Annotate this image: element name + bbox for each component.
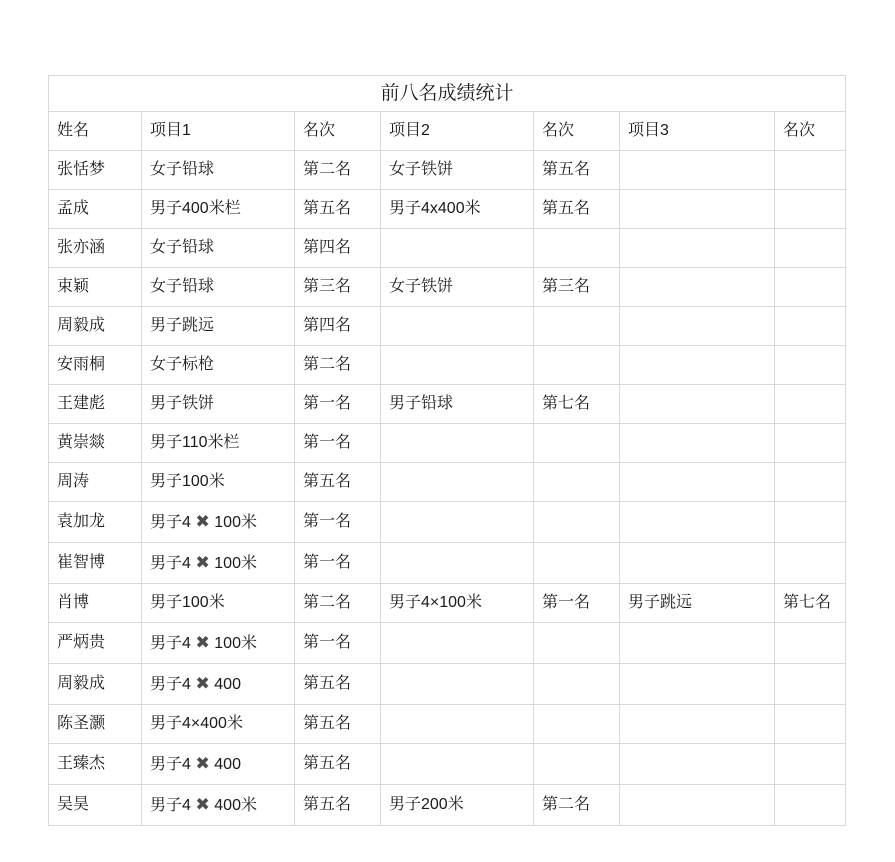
cell-name: 王臻杰: [49, 744, 142, 785]
cell-event2: 男子4x400米: [381, 190, 534, 229]
cell-event2: [381, 307, 534, 346]
cell-name: 严炳贵: [49, 623, 142, 664]
cell-rank2: [534, 705, 620, 744]
header-cell-rank1: 名次: [295, 112, 381, 151]
cell-rank2: [534, 346, 620, 385]
cell-event2: [381, 463, 534, 502]
cell-rank2: [534, 744, 620, 785]
cell-event3: [620, 424, 775, 463]
header-cell-event1: 项目1: [142, 112, 295, 151]
table-row: 安雨桐女子标枪第二名: [49, 346, 846, 385]
cell-event3: [620, 623, 775, 664]
cell-rank2: 第二名: [534, 785, 620, 826]
results-table: 前八名成绩统计 姓名项目1名次项目2名次项目3名次 张恬梦女子铅球第二名女子铁饼…: [48, 75, 846, 826]
header-cell-event2: 项目2: [381, 112, 534, 151]
cell-rank3: [775, 229, 846, 268]
cell-event1: 男子跳远: [142, 307, 295, 346]
table-row: 张亦涵女子铅球第四名: [49, 229, 846, 268]
cell-event1: 男子4 ✖ 400: [142, 664, 295, 705]
table-row: 周涛男子100米第五名: [49, 463, 846, 502]
heavy-multiplication-x-glyph: ✖: [195, 511, 209, 531]
table-row: 崔智博男子4 ✖ 100米第一名: [49, 543, 846, 584]
cell-rank3: [775, 346, 846, 385]
table-row: 陈圣灏男子4×400米第五名: [49, 705, 846, 744]
cell-name: 肖博: [49, 584, 142, 623]
cell-name: 张亦涵: [49, 229, 142, 268]
header-cell-rank2: 名次: [534, 112, 620, 151]
cell-event2: 男子4×100米: [381, 584, 534, 623]
cell-rank3: [775, 151, 846, 190]
cell-name: 黄崇燚: [49, 424, 142, 463]
table-row: 孟成男子400米栏第五名男子4x400米第五名: [49, 190, 846, 229]
cell-rank3: [775, 502, 846, 543]
cell-rank1: 第一名: [295, 424, 381, 463]
cell-event1: 男子4 ✖ 400: [142, 744, 295, 785]
cell-rank3: [775, 785, 846, 826]
header-cell-event3: 项目3: [620, 112, 775, 151]
cell-name: 周毅成: [49, 307, 142, 346]
cell-name: 吴昊: [49, 785, 142, 826]
cell-rank2: 第一名: [534, 584, 620, 623]
title-row: 前八名成绩统计: [49, 76, 846, 112]
cell-event2: [381, 346, 534, 385]
heavy-multiplication-x-glyph: ✖: [195, 632, 209, 652]
cell-name: 孟成: [49, 190, 142, 229]
cell-event1: 男子400米栏: [142, 190, 295, 229]
cell-event1: 男子100米: [142, 584, 295, 623]
header-cell-name: 姓名: [49, 112, 142, 151]
table-row: 黄崇燚男子110米栏第一名: [49, 424, 846, 463]
cell-event2: [381, 744, 534, 785]
cell-event3: [620, 268, 775, 307]
cell-rank2: [534, 424, 620, 463]
table-row: 周毅成男子跳远第四名: [49, 307, 846, 346]
cell-event3: [620, 785, 775, 826]
table-row: 王臻杰男子4 ✖ 400第五名: [49, 744, 846, 785]
cell-rank2: 第五名: [534, 151, 620, 190]
cell-event3: [620, 744, 775, 785]
cell-event3: [620, 346, 775, 385]
header-cell-rank3: 名次: [775, 112, 846, 151]
cell-rank1: 第一名: [295, 502, 381, 543]
cell-rank1: 第二名: [295, 151, 381, 190]
cell-rank2: 第七名: [534, 385, 620, 424]
cell-rank3: [775, 744, 846, 785]
cell-event2: 男子铅球: [381, 385, 534, 424]
cell-name: 王建彪: [49, 385, 142, 424]
cell-rank1: 第五名: [295, 744, 381, 785]
cell-event1: 男子4 ✖ 100米: [142, 543, 295, 584]
cell-rank1: 第一名: [295, 623, 381, 664]
cell-rank1: 第五名: [295, 705, 381, 744]
heavy-multiplication-x-glyph: ✖: [195, 753, 209, 773]
cell-rank3: [775, 268, 846, 307]
cell-rank3: [775, 190, 846, 229]
cell-rank1: 第三名: [295, 268, 381, 307]
cell-event2: 男子200米: [381, 785, 534, 826]
cell-event1: 男子4 ✖ 100米: [142, 623, 295, 664]
cell-rank1: 第五名: [295, 463, 381, 502]
cell-event3: [620, 307, 775, 346]
cell-rank1: 第五名: [295, 664, 381, 705]
cell-rank3: [775, 543, 846, 584]
cell-event2: [381, 229, 534, 268]
cell-rank2: [534, 307, 620, 346]
cell-rank2: [534, 463, 620, 502]
cell-event1: 女子铅球: [142, 151, 295, 190]
cell-rank2: [534, 623, 620, 664]
cell-event1: 女子铅球: [142, 229, 295, 268]
cell-name: 周毅成: [49, 664, 142, 705]
cell-rank1: 第五名: [295, 785, 381, 826]
cell-event1: 男子铁饼: [142, 385, 295, 424]
cell-event3: [620, 543, 775, 584]
cell-event2: [381, 664, 534, 705]
cell-rank3: [775, 463, 846, 502]
cell-rank1: 第一名: [295, 543, 381, 584]
cell-rank3: [775, 664, 846, 705]
cell-rank2: [534, 502, 620, 543]
cell-rank1: 第四名: [295, 229, 381, 268]
cell-rank3: [775, 623, 846, 664]
cell-event1: 男子4 ✖ 100米: [142, 502, 295, 543]
cell-event3: [620, 385, 775, 424]
cell-event3: [620, 190, 775, 229]
cell-event1: 男子4×400米: [142, 705, 295, 744]
cell-event2: [381, 502, 534, 543]
cell-event1: 女子铅球: [142, 268, 295, 307]
cell-event3: 男子跳远: [620, 584, 775, 623]
cell-rank1: 第一名: [295, 385, 381, 424]
cell-event3: [620, 229, 775, 268]
table-title: 前八名成绩统计: [49, 76, 846, 112]
cell-name: 张恬梦: [49, 151, 142, 190]
cell-rank1: 第四名: [295, 307, 381, 346]
cell-event2: 女子铁饼: [381, 151, 534, 190]
table-row: 吴昊男子4 ✖ 400米第五名男子200米第二名: [49, 785, 846, 826]
table-row: 袁加龙男子4 ✖ 100米第一名: [49, 502, 846, 543]
cell-rank2: 第五名: [534, 190, 620, 229]
cell-event3: [620, 463, 775, 502]
cell-name: 崔智博: [49, 543, 142, 584]
cell-rank3: [775, 385, 846, 424]
cell-event2: 女子铁饼: [381, 268, 534, 307]
table-row: 王建彪男子铁饼第一名男子铅球第七名: [49, 385, 846, 424]
heavy-multiplication-x-glyph: ✖: [195, 794, 209, 814]
cell-rank3: [775, 307, 846, 346]
cell-rank2: [534, 229, 620, 268]
header-row: 姓名项目1名次项目2名次项目3名次: [49, 112, 846, 151]
heavy-multiplication-x-glyph: ✖: [195, 673, 209, 693]
cell-name: 陈圣灏: [49, 705, 142, 744]
table-row: 严炳贵男子4 ✖ 100米第一名: [49, 623, 846, 664]
cell-event1: 男子100米: [142, 463, 295, 502]
cell-event1: 女子标枪: [142, 346, 295, 385]
cell-rank2: [534, 543, 620, 584]
cell-name: 安雨桐: [49, 346, 142, 385]
cell-event3: [620, 151, 775, 190]
cell-event2: [381, 424, 534, 463]
cell-rank1: 第二名: [295, 584, 381, 623]
cell-event3: [620, 502, 775, 543]
cell-event1: 男子4 ✖ 400米: [142, 785, 295, 826]
cell-rank3: [775, 424, 846, 463]
cell-name: 周涛: [49, 463, 142, 502]
cell-rank2: [534, 664, 620, 705]
cell-event2: [381, 623, 534, 664]
cell-rank1: 第二名: [295, 346, 381, 385]
cell-event2: [381, 705, 534, 744]
table-row: 束颖女子铅球第三名女子铁饼第三名: [49, 268, 846, 307]
cell-event2: [381, 543, 534, 584]
cell-event3: [620, 664, 775, 705]
cell-name: 袁加龙: [49, 502, 142, 543]
table-row: 周毅成男子4 ✖ 400第五名: [49, 664, 846, 705]
cell-event3: [620, 705, 775, 744]
table-row: 张恬梦女子铅球第二名女子铁饼第五名: [49, 151, 846, 190]
document-page: 前八名成绩统计 姓名项目1名次项目2名次项目3名次 张恬梦女子铅球第二名女子铁饼…: [0, 0, 895, 862]
cell-rank2: 第三名: [534, 268, 620, 307]
cell-rank1: 第五名: [295, 190, 381, 229]
cell-name: 束颖: [49, 268, 142, 307]
cell-rank3: [775, 705, 846, 744]
table-row: 肖博男子100米第二名男子4×100米第一名男子跳远第七名: [49, 584, 846, 623]
cell-rank3: 第七名: [775, 584, 846, 623]
cell-event1: 男子110米栏: [142, 424, 295, 463]
heavy-multiplication-x-glyph: ✖: [195, 552, 209, 572]
